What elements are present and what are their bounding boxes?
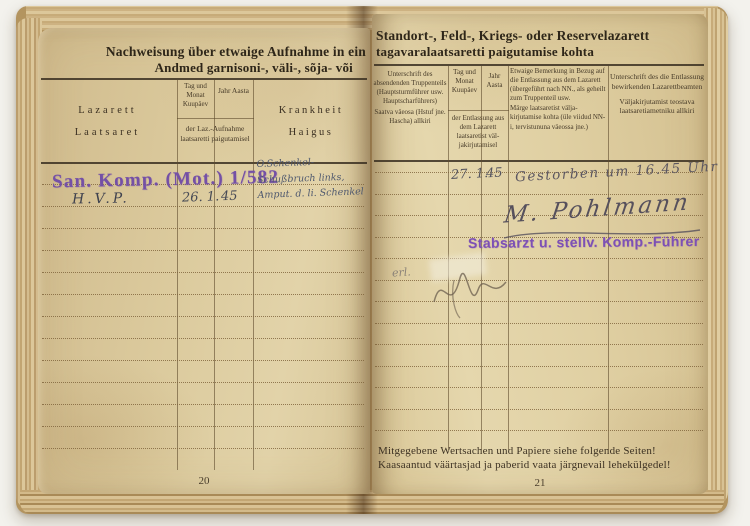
left-page: Nachweisung über etwaige Aufnahme in ein… bbox=[38, 28, 370, 494]
dotted-row-line bbox=[42, 382, 364, 383]
page-number-left: 20 bbox=[38, 475, 370, 487]
dotted-row-line bbox=[375, 387, 703, 388]
dotted-row-line bbox=[42, 338, 364, 339]
pencil-scribble bbox=[420, 260, 520, 322]
lazarett-entry: H.V.P. bbox=[72, 190, 130, 207]
dotted-row-line bbox=[42, 316, 364, 317]
dotted-row-line bbox=[375, 258, 703, 259]
diagnosis-entry: O.Schenkel-Schußbruch links, Amput. d. l… bbox=[256, 153, 370, 204]
dotted-row-line bbox=[375, 366, 703, 367]
page-number-right: 21 bbox=[372, 477, 708, 489]
dotted-row-line bbox=[42, 448, 364, 449]
dotted-row-line bbox=[42, 426, 364, 427]
role-stamp: Stabsarzt u. stellv. Komp.-Führer bbox=[468, 233, 700, 251]
discharge-year-entry: 45 bbox=[486, 166, 503, 182]
discharge-date-entry: 27. 1. bbox=[451, 166, 489, 183]
dotted-row-line bbox=[375, 430, 703, 431]
admission-year-entry: 45 bbox=[221, 189, 238, 205]
dotted-row-line bbox=[42, 250, 364, 251]
table-rows-left bbox=[38, 28, 370, 494]
dotted-row-line bbox=[42, 272, 364, 273]
table-rows-right bbox=[372, 14, 708, 494]
dotted-row-line bbox=[375, 323, 703, 324]
dotted-row-line bbox=[42, 228, 364, 229]
dotted-row-line bbox=[42, 294, 364, 295]
right-page: Standort-, Feld-, Kriegs- oder Reservela… bbox=[372, 14, 708, 494]
dotted-row-line bbox=[42, 360, 364, 361]
dotted-row-line bbox=[42, 404, 364, 405]
service-book: Nachweisung über etwaige Aufnahme in ein… bbox=[16, 6, 728, 514]
admission-date-entry: 26. 1. bbox=[182, 189, 220, 205]
dotted-row-line bbox=[375, 409, 703, 410]
footer-german: Mitgegebene Wertsachen und Papiere siehe… bbox=[378, 445, 656, 457]
dotted-row-line bbox=[375, 344, 703, 345]
pencil-note: erl. bbox=[392, 265, 412, 279]
footer-estonian: Kaasaantud väärtasjad ja paberid vaata j… bbox=[378, 459, 671, 471]
